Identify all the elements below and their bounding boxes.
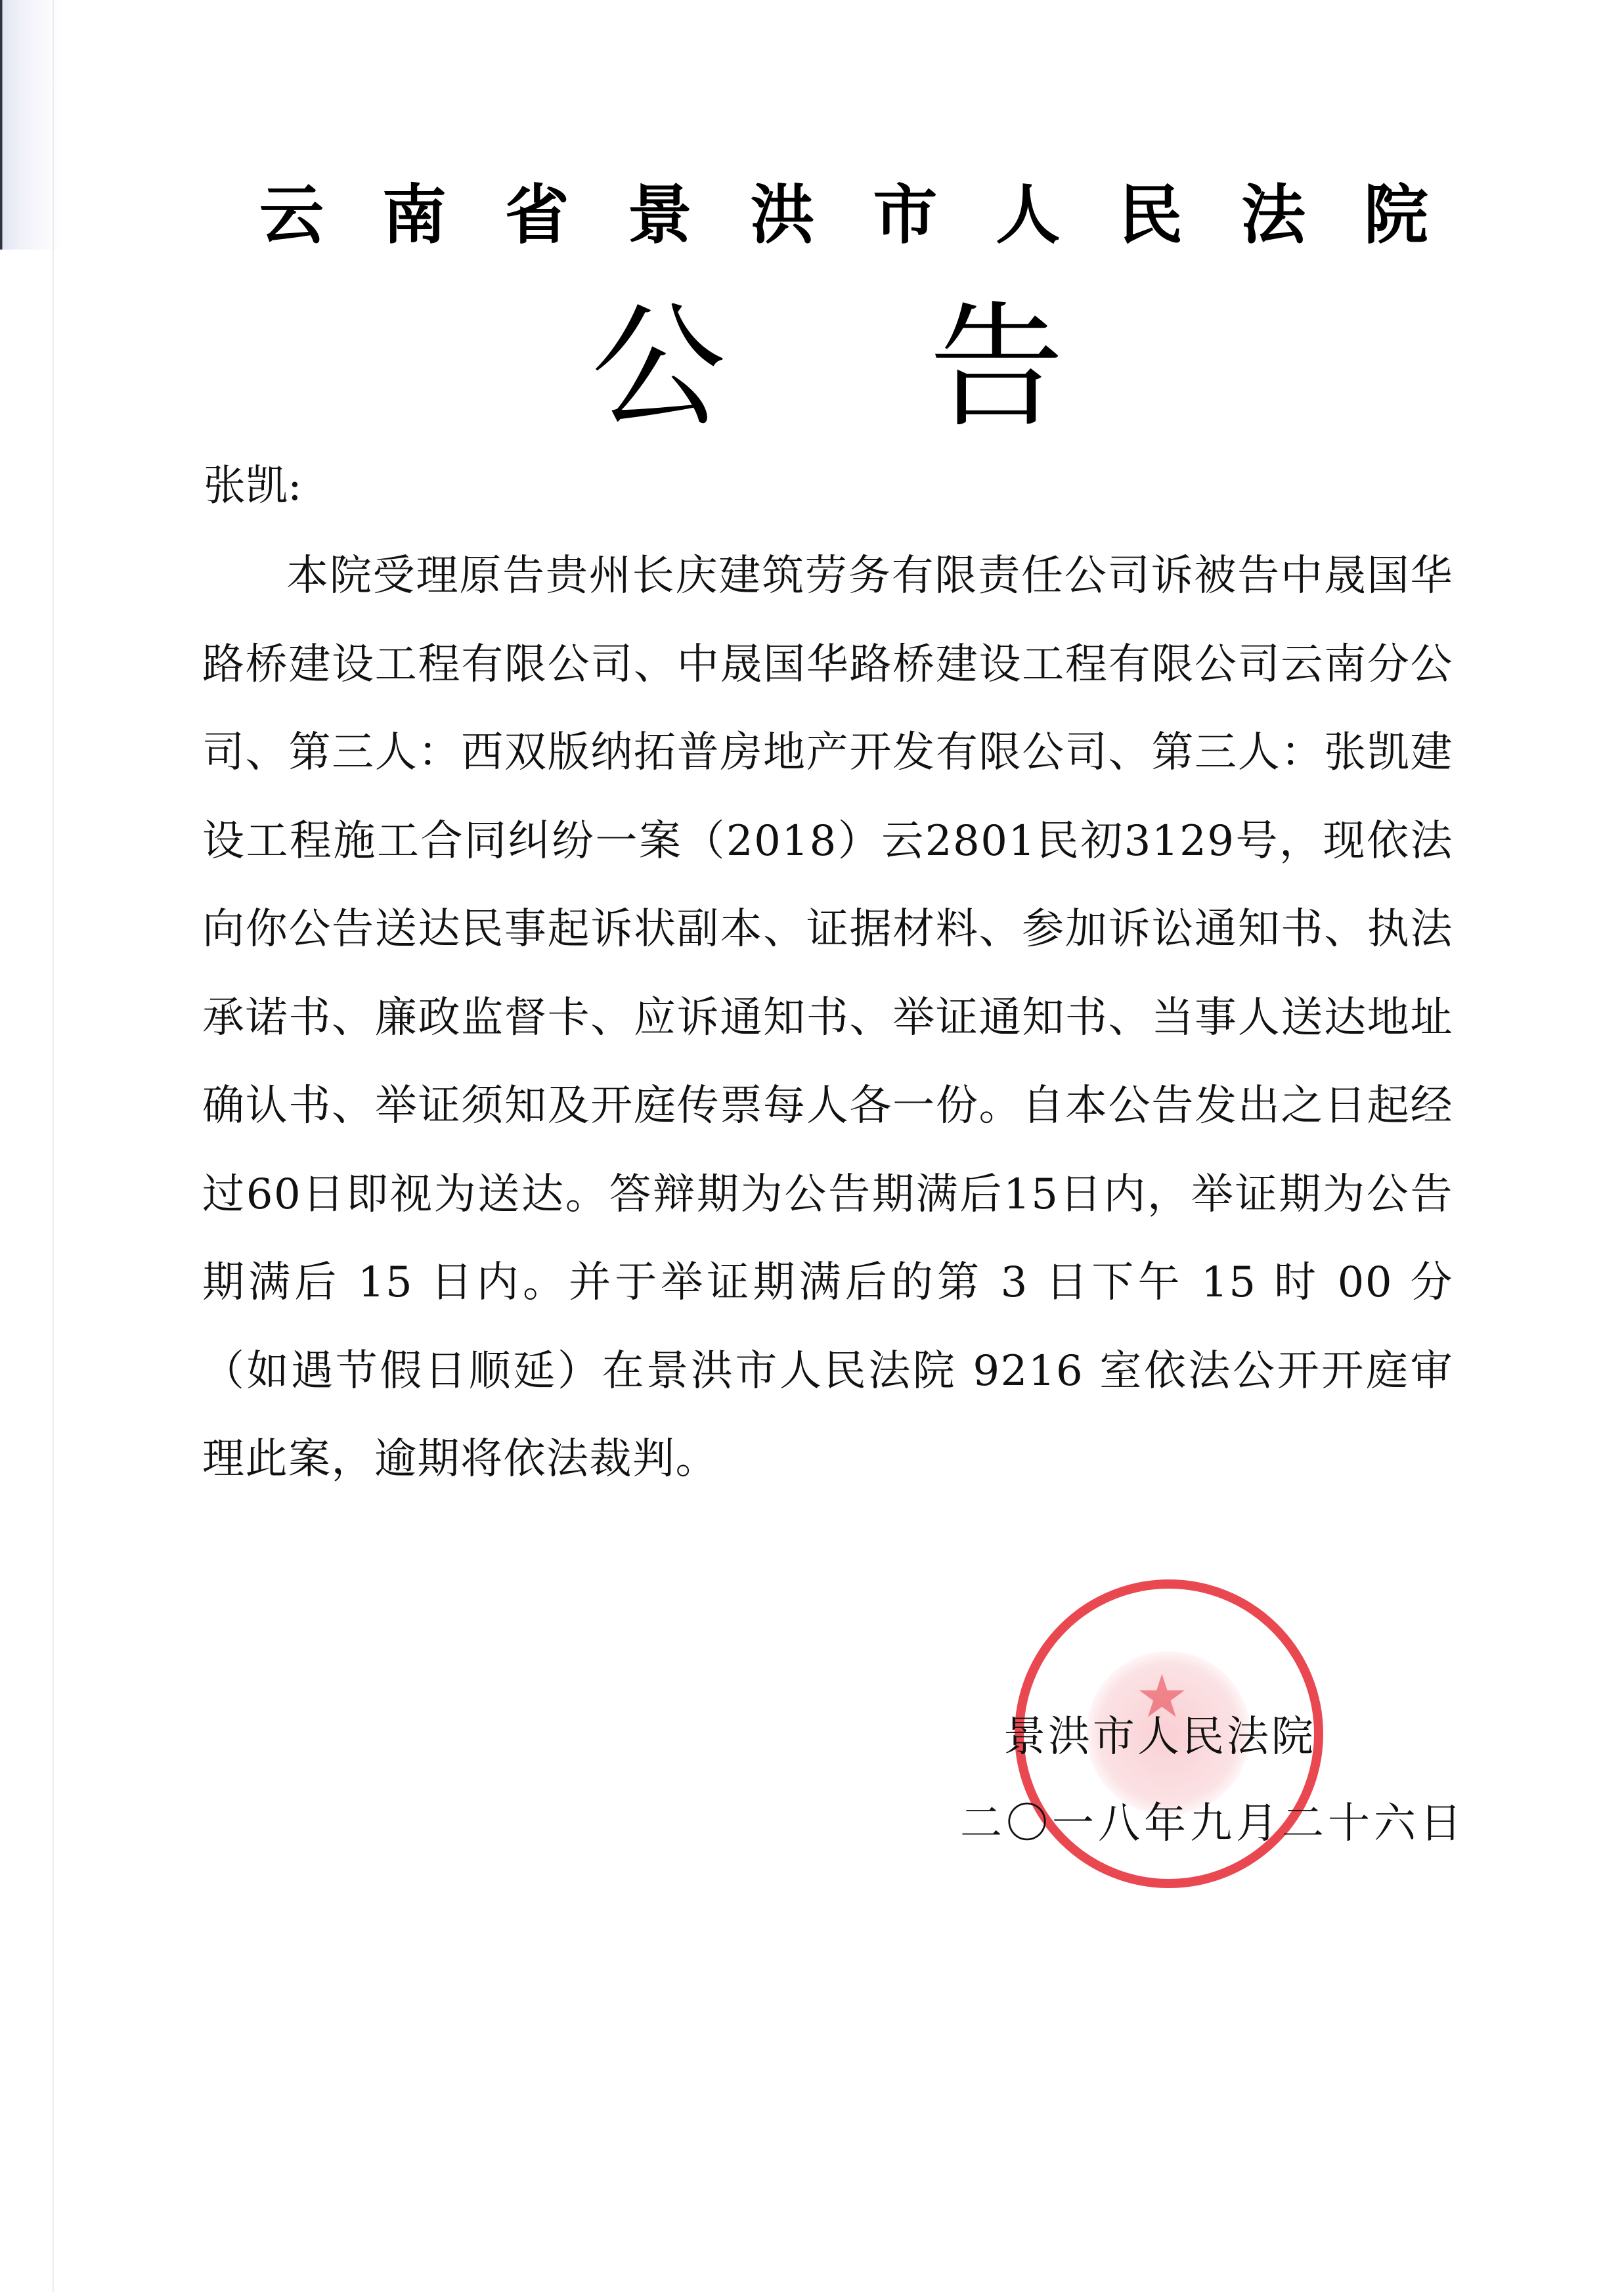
court-name-char: 人 bbox=[996, 169, 1060, 261]
court-name-char: 市 bbox=[873, 169, 937, 261]
notice-title-char: 告 bbox=[929, 289, 1064, 447]
notice-title: 公 告 bbox=[591, 289, 1064, 447]
court-name-heading: 云 南 省 景 洪 市 人 民 法 院 bbox=[259, 169, 1428, 261]
court-name-char: 院 bbox=[1364, 169, 1428, 261]
court-name-char: 省 bbox=[505, 169, 569, 261]
court-name-char: 法 bbox=[1241, 169, 1306, 261]
scan-line-artifact bbox=[53, 0, 54, 2292]
notice-title-char: 公 bbox=[591, 289, 726, 447]
notice-body: 本院受理原告贵州长庆建筑劳务有限责任公司诉被告中晟国华路桥建设工程有限公司、中晟… bbox=[202, 532, 1453, 1504]
court-name-char: 南 bbox=[382, 169, 447, 261]
court-name-char: 民 bbox=[1118, 169, 1183, 261]
addressee: 张凯: bbox=[204, 453, 302, 519]
court-name-char: 洪 bbox=[751, 169, 815, 261]
signature: 景洪市人民法院 bbox=[1003, 1704, 1316, 1770]
issue-date: 二〇一八年九月二十六日 bbox=[960, 1791, 1466, 1857]
court-name-char: 云 bbox=[259, 169, 324, 261]
court-name-char: 景 bbox=[628, 169, 692, 261]
